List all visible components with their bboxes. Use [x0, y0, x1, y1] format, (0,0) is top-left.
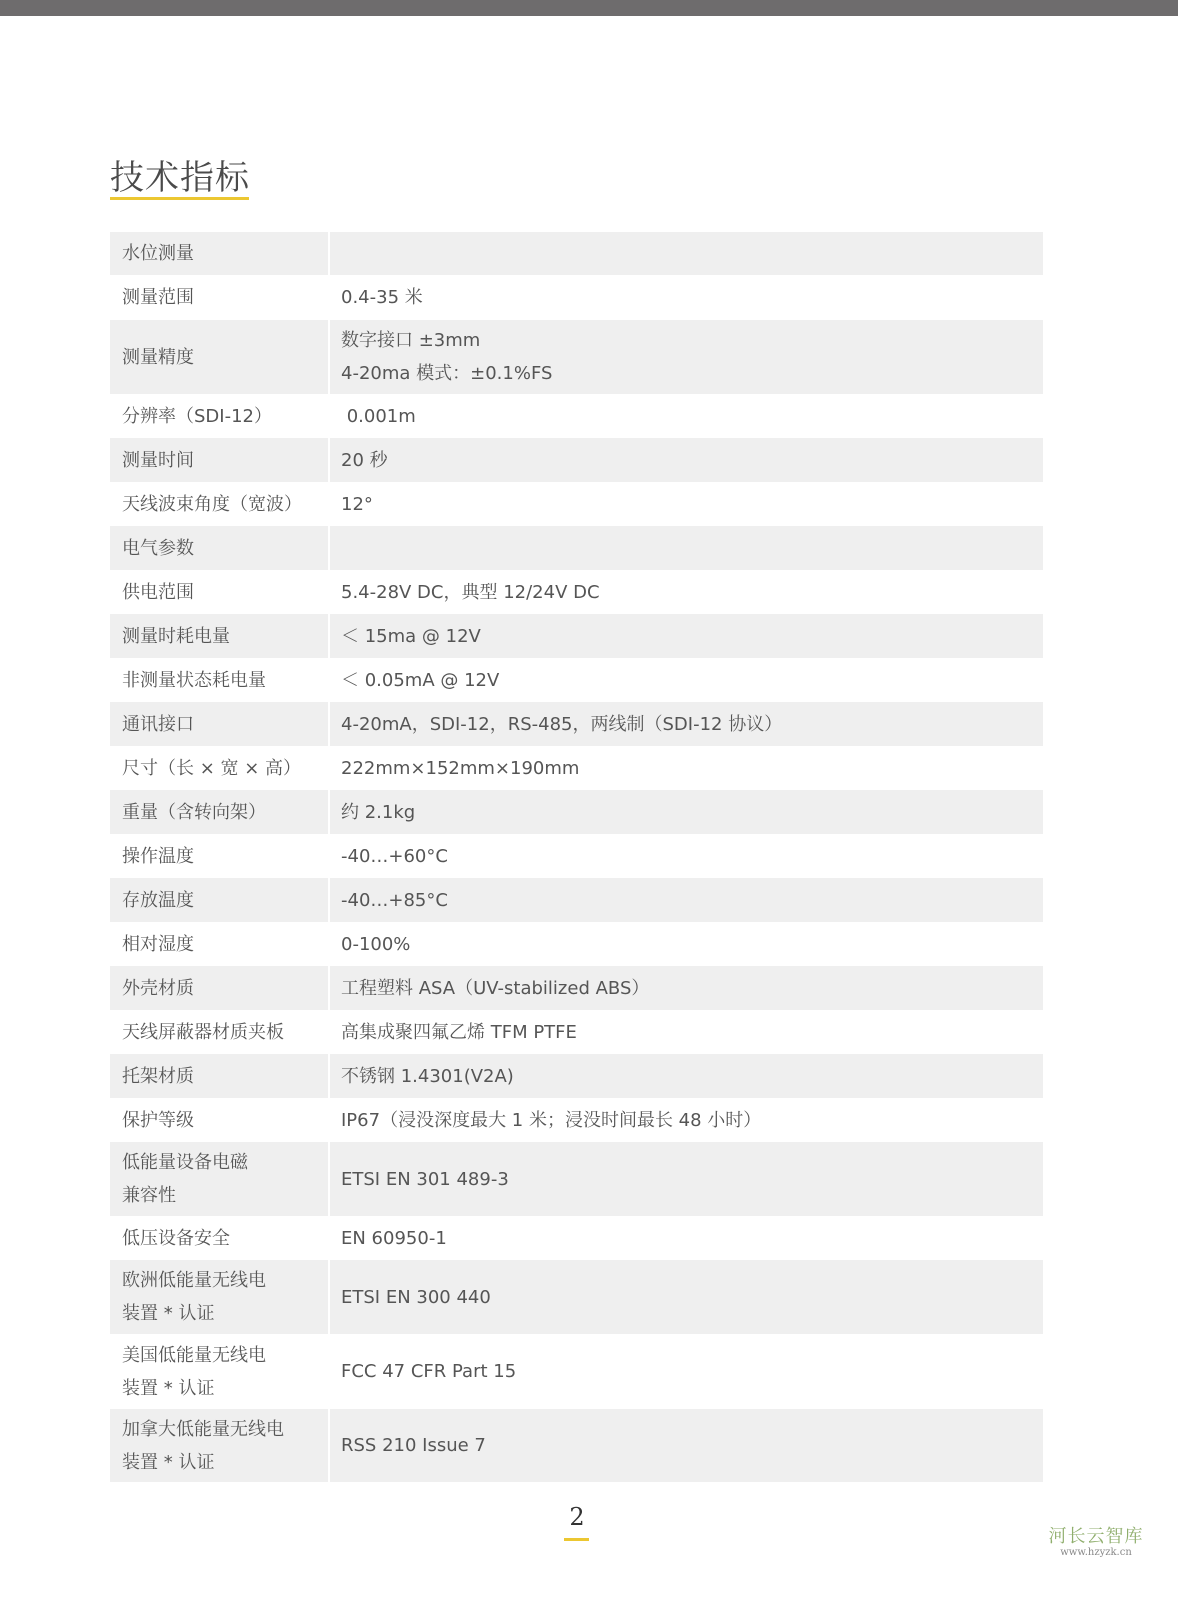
page-number-underline: [564, 1538, 589, 1541]
spec-label-line: 保护等级: [122, 1104, 328, 1137]
spec-value: 不锈钢 1.4301(V2A): [330, 1054, 1043, 1098]
spec-value: 0.001m: [330, 394, 1043, 438]
spec-value: ＜ 15ma @ 12V: [330, 614, 1043, 658]
spec-label-line: 电气参数: [122, 532, 328, 565]
spec-label-line: 天线波束角度（宽波）: [122, 488, 328, 521]
table-row: 托架材质不锈钢 1.4301(V2A): [110, 1054, 1043, 1098]
table-row: 测量时间20 秒: [110, 438, 1043, 482]
spec-label-line: 美国低能量无线电: [122, 1339, 328, 1372]
spec-label: 非测量状态耗电量: [110, 658, 328, 702]
table-row: 保护等级IP67（浸没深度最大 1 米；浸没时间最长 48 小时）: [110, 1098, 1043, 1142]
spec-label-line: 装置 * 认证: [122, 1446, 328, 1479]
spec-value-line: ＜ 0.05mA @ 12V: [341, 664, 1043, 697]
table-row: 尺寸（长 × 宽 × 高）222mm×152mm×190mm: [110, 746, 1043, 790]
spec-value: IP67（浸没深度最大 1 米；浸没时间最长 48 小时）: [330, 1098, 1043, 1142]
spec-value: RSS 210 Issue 7: [330, 1409, 1043, 1482]
spec-label: 保护等级: [110, 1098, 328, 1142]
top-bar: [0, 0, 1178, 16]
spec-value: 0.4-35 米: [330, 275, 1043, 320]
spec-value-line: 5.4-28V DC，典型 12/24V DC: [341, 576, 1043, 609]
spec-label-line: 相对湿度: [122, 928, 328, 961]
spec-value-line: 不锈钢 1.4301(V2A): [341, 1060, 1043, 1093]
spec-label: 测量时间: [110, 438, 328, 482]
spec-value-line: -40…+85°C: [341, 884, 1043, 917]
table-row: 加拿大低能量无线电装置 * 认证RSS 210 Issue 7: [110, 1409, 1043, 1482]
spec-label: 供电范围: [110, 570, 328, 614]
spec-label: 存放温度: [110, 878, 328, 922]
spec-value-line: 工程塑料 ASA（UV-stabilized ABS）: [341, 972, 1043, 1005]
spec-value: ＜ 0.05mA @ 12V: [330, 658, 1043, 702]
spec-label: 电气参数: [110, 526, 328, 570]
spec-value-line: IP67（浸没深度最大 1 米；浸没时间最长 48 小时）: [341, 1104, 1043, 1137]
spec-label-line: 尺寸（长 × 宽 × 高）: [122, 752, 328, 785]
title-underline: [110, 197, 249, 200]
spec-label-line: 测量时间: [122, 444, 328, 477]
spec-value: -40…+60°C: [330, 834, 1043, 878]
spec-value: 0-100%: [330, 922, 1043, 966]
spec-label: 加拿大低能量无线电装置 * 认证: [110, 1409, 328, 1482]
spec-label-line: 重量（含转向架）: [122, 796, 328, 829]
spec-value: [330, 232, 1043, 275]
spec-label: 相对湿度: [110, 922, 328, 966]
spec-value: EN 60950-1: [330, 1216, 1043, 1260]
spec-label: 操作温度: [110, 834, 328, 878]
spec-value-line: 12°: [341, 488, 1043, 521]
spec-value: 12°: [330, 482, 1043, 526]
spec-label-line: 测量精度: [122, 341, 328, 374]
table-row: 电气参数: [110, 526, 1043, 570]
spec-label: 重量（含转向架）: [110, 790, 328, 834]
table-row: 欧洲低能量无线电装置 * 认证ETSI EN 300 440: [110, 1260, 1043, 1334]
spec-label-line: 欧洲低能量无线电: [122, 1264, 328, 1297]
spec-value: 222mm×152mm×190mm: [330, 746, 1043, 790]
spec-label-line: 低能量设备电磁: [122, 1146, 328, 1179]
spec-value: 4-20mA，SDI-12，RS-485，两线制（SDI-12 协议）: [330, 702, 1043, 746]
table-row: 重量（含转向架）约 2.1kg: [110, 790, 1043, 834]
watermark-url: www.hzyzk.cn: [1046, 1547, 1146, 1559]
spec-value-line: ＜ 15ma @ 12V: [341, 620, 1043, 653]
spec-value: 20 秒: [330, 438, 1043, 482]
table-row: 低压设备安全EN 60950-1: [110, 1216, 1043, 1260]
spec-value-line: ETSI EN 301 489-3: [341, 1163, 1043, 1196]
table-row: 测量精度数字接口 ±3mm4-20ma 模式：±0.1%FS: [110, 320, 1043, 394]
spec-value-line: FCC 47 CFR Part 15: [341, 1355, 1043, 1388]
spec-value-line: 0.4-35 米: [341, 281, 1043, 314]
spec-label-line: 测量时耗电量: [122, 620, 328, 653]
spec-label-line: 分辨率（SDI-12）: [122, 400, 328, 433]
spec-label-line: 低压设备安全: [122, 1222, 328, 1255]
spec-value-line: 4-20mA，SDI-12，RS-485，两线制（SDI-12 协议）: [341, 708, 1043, 741]
table-row: 外壳材质工程塑料 ASA（UV-stabilized ABS）: [110, 966, 1043, 1010]
spec-value: 高集成聚四氟乙烯 TFM PTFE: [330, 1010, 1043, 1054]
spec-label-line: 非测量状态耗电量: [122, 664, 328, 697]
table-row: 分辨率（SDI-12） 0.001m: [110, 394, 1043, 438]
spec-value-line: 约 2.1kg: [341, 796, 1043, 829]
table-row: 天线屏蔽器材质夹板高集成聚四氟乙烯 TFM PTFE: [110, 1010, 1043, 1054]
spec-label-line: 装置 * 认证: [122, 1372, 328, 1405]
spec-value-line: 0.001m: [341, 400, 1043, 433]
spec-label: 水位测量: [110, 232, 328, 275]
spec-label: 欧洲低能量无线电装置 * 认证: [110, 1260, 328, 1334]
spec-value-line: 222mm×152mm×190mm: [341, 752, 1043, 785]
page-number: 2: [565, 1503, 589, 1531]
spec-label: 天线波束角度（宽波）: [110, 482, 328, 526]
spec-label: 分辨率（SDI-12）: [110, 394, 328, 438]
spec-value: 5.4-28V DC，典型 12/24V DC: [330, 570, 1043, 614]
spec-value: -40…+85°C: [330, 878, 1043, 922]
spec-label-line: 通讯接口: [122, 708, 328, 741]
spec-label-line: 操作温度: [122, 840, 328, 873]
spec-label-line: 测量范围: [122, 281, 328, 314]
spec-value-line: 0-100%: [341, 928, 1043, 961]
table-row: 相对湿度0-100%: [110, 922, 1043, 966]
spec-label-line: 加拿大低能量无线电: [122, 1413, 328, 1446]
spec-label: 尺寸（长 × 宽 × 高）: [110, 746, 328, 790]
spec-label-line: 外壳材质: [122, 972, 328, 1005]
table-row: 非测量状态耗电量＜ 0.05mA @ 12V: [110, 658, 1043, 702]
table-row: 测量范围0.4-35 米: [110, 275, 1043, 320]
spec-value-line: ETSI EN 300 440: [341, 1281, 1043, 1314]
spec-value-line: 20 秒: [341, 444, 1043, 477]
spec-value-line: EN 60950-1: [341, 1222, 1043, 1255]
spec-value-line: -40…+60°C: [341, 840, 1043, 873]
spec-label-line: 供电范围: [122, 576, 328, 609]
watermark-name: 河长云智库: [1046, 1527, 1146, 1547]
spec-value-line: 4-20ma 模式：±0.1%FS: [341, 357, 1043, 390]
spec-label: 低压设备安全: [110, 1216, 328, 1260]
spec-label: 托架材质: [110, 1054, 328, 1098]
table-row: 测量时耗电量＜ 15ma @ 12V: [110, 614, 1043, 658]
spec-label: 通讯接口: [110, 702, 328, 746]
spec-value: [330, 526, 1043, 570]
spec-label: 美国低能量无线电装置 * 认证: [110, 1334, 328, 1409]
spec-value: ETSI EN 301 489-3: [330, 1142, 1043, 1216]
watermark: 河长云智库 www.hzyzk.cn: [1046, 1527, 1146, 1559]
spec-label-line: 托架材质: [122, 1060, 328, 1093]
spec-label-line: 水位测量: [122, 237, 328, 270]
spec-label: 外壳材质: [110, 966, 328, 1010]
spec-value: FCC 47 CFR Part 15: [330, 1334, 1043, 1409]
spec-value-line: 高集成聚四氟乙烯 TFM PTFE: [341, 1016, 1043, 1049]
table-row: 水位测量: [110, 232, 1043, 275]
spec-label: 测量精度: [110, 320, 328, 394]
spec-value: ETSI EN 300 440: [330, 1260, 1043, 1334]
table-row: 低能量设备电磁兼容性ETSI EN 301 489-3: [110, 1142, 1043, 1216]
table-row: 通讯接口4-20mA，SDI-12，RS-485，两线制（SDI-12 协议）: [110, 702, 1043, 746]
spec-label: 测量时耗电量: [110, 614, 328, 658]
table-row: 美国低能量无线电装置 * 认证FCC 47 CFR Part 15: [110, 1334, 1043, 1409]
table-row: 操作温度-40…+60°C: [110, 834, 1043, 878]
spec-value-line: RSS 210 Issue 7: [341, 1429, 1043, 1462]
spec-value-line: 数字接口 ±3mm: [341, 324, 1043, 357]
spec-table: 水位测量测量范围0.4-35 米测量精度数字接口 ±3mm4-20ma 模式：±…: [110, 232, 1043, 1482]
spec-label-line: 装置 * 认证: [122, 1297, 328, 1330]
spec-value: 数字接口 ±3mm4-20ma 模式：±0.1%FS: [330, 320, 1043, 394]
spec-label-line: 存放温度: [122, 884, 328, 917]
spec-label: 测量范围: [110, 275, 328, 320]
table-row: 供电范围5.4-28V DC，典型 12/24V DC: [110, 570, 1043, 614]
table-row: 存放温度-40…+85°C: [110, 878, 1043, 922]
spec-label: 低能量设备电磁兼容性: [110, 1142, 328, 1216]
spec-label-line: 兼容性: [122, 1179, 328, 1212]
spec-value: 工程塑料 ASA（UV-stabilized ABS）: [330, 966, 1043, 1010]
spec-label-line: 天线屏蔽器材质夹板: [122, 1016, 328, 1049]
spec-label: 天线屏蔽器材质夹板: [110, 1010, 328, 1054]
table-row: 天线波束角度（宽波）12°: [110, 482, 1043, 526]
spec-value: 约 2.1kg: [330, 790, 1043, 834]
